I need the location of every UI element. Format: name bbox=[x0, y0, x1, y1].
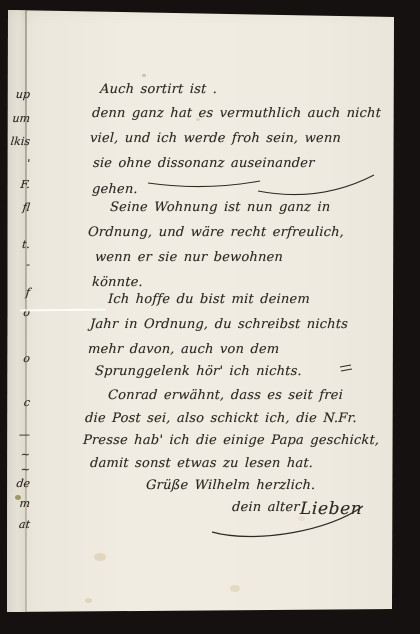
handwriting-line: Presse hab' ich die einige Papa geschick… bbox=[83, 433, 380, 448]
signature: Lieben bbox=[300, 502, 363, 517]
valediction: dein alter bbox=[232, 500, 301, 515]
handwriting-line: Jahr in Ordnung, du schreibst nichts bbox=[90, 317, 349, 332]
margin-fragment: t. bbox=[1, 238, 30, 251]
handwriting-line: die Post sei, also schickt ich, die N.Fr… bbox=[85, 411, 358, 426]
margin-fragment: F. bbox=[1, 178, 30, 191]
handwriting-line: Ich hoffe du bist mit deinem bbox=[108, 292, 311, 307]
auseinander-flourish bbox=[258, 175, 374, 195]
margin-fragment: ~ bbox=[1, 463, 30, 476]
margin-fragment: - bbox=[1, 258, 30, 271]
margin-fragment: ~ bbox=[1, 448, 30, 461]
handwriting-line: wenn er sie nur bewohnen bbox=[95, 250, 284, 265]
margin-fragment: o bbox=[1, 306, 30, 319]
handwriting-line: Sprunggelenk hör' ich nichts. bbox=[95, 364, 303, 379]
margin-fragment: up bbox=[1, 88, 30, 101]
handwriting-line: denn ganz hat es vermuthlich auch nicht bbox=[92, 106, 382, 121]
handwriting-line: Seine Wohnung ist nun ganz in bbox=[110, 200, 331, 215]
stain bbox=[85, 598, 92, 603]
handwriting-line: Ordnung, und wäre recht erfreulich, bbox=[88, 225, 345, 240]
handwriting-line: Conrad erwähnt, dass es seit frei bbox=[108, 388, 344, 403]
margin-fragment: o bbox=[1, 352, 30, 365]
margin-fragment: — bbox=[1, 428, 30, 441]
end-dash-mark bbox=[340, 365, 352, 371]
handwriting-line: damit sonst etwas zu lesen hat. bbox=[90, 456, 314, 471]
dissonanz-underline bbox=[148, 181, 260, 187]
margin-fragment: m bbox=[1, 497, 30, 510]
handwriting-line: könnte. bbox=[92, 275, 144, 290]
stain bbox=[94, 553, 106, 561]
stain bbox=[142, 74, 146, 77]
letter-page: up um lkis ' F. fl t. - f o o c — ~ ~ de… bbox=[0, 0, 420, 634]
handwriting-line: Auch sortirt ist . bbox=[100, 82, 218, 97]
margin-fragment: c bbox=[1, 396, 30, 409]
handwriting-line: mehr davon, auch von dem bbox=[88, 342, 280, 357]
margin-fragment: ' bbox=[1, 157, 30, 170]
scratch-mark bbox=[20, 309, 106, 312]
margin-fragment: um bbox=[1, 112, 30, 125]
margin-fragment: f bbox=[1, 286, 30, 299]
margin-fragment: lkis bbox=[1, 135, 30, 148]
margin-fragment: de bbox=[1, 477, 30, 490]
handwriting-line: viel, und ich werde froh sein, wenn bbox=[90, 131, 342, 146]
closing-line: Grüße Wilhelm herzlich. bbox=[146, 478, 316, 493]
handwriting-line: gehen. bbox=[92, 182, 139, 197]
margin-fragment: fl bbox=[1, 201, 30, 214]
letter-photo: up um lkis ' F. fl t. - f o o c — ~ ~ de… bbox=[0, 0, 420, 634]
handwriting-line: sie ohne dissonanz auseinander bbox=[93, 156, 315, 171]
margin-fragment: at bbox=[1, 518, 30, 531]
stain bbox=[230, 585, 240, 592]
